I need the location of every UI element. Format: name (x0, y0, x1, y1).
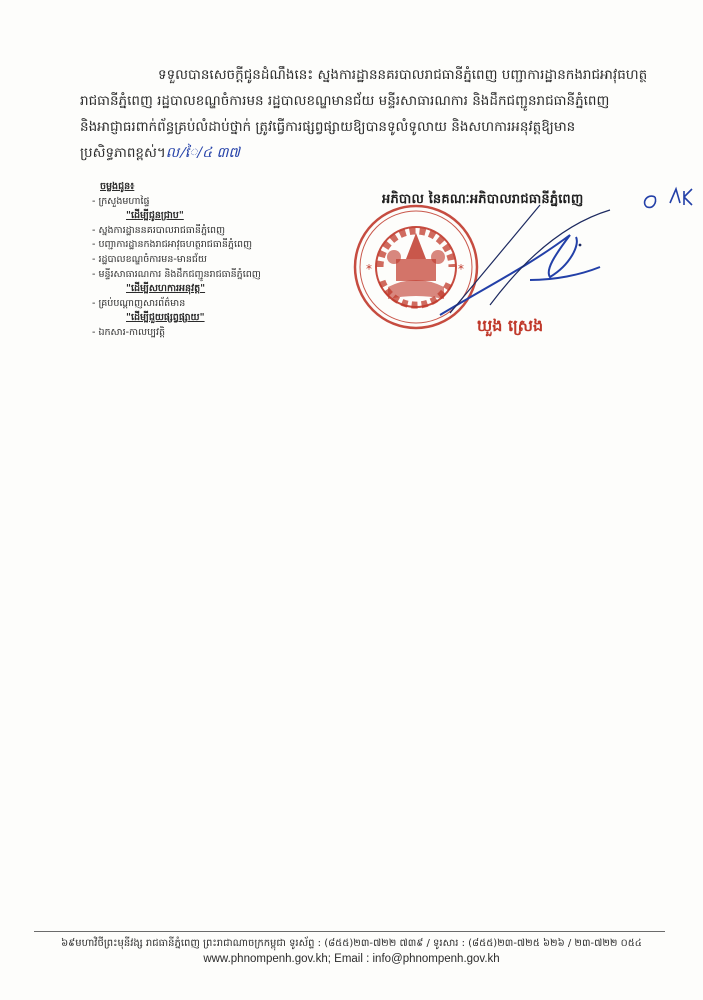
svg-text:*: * (366, 262, 372, 276)
cc-item: - គ្រប់បណ្ដាញសារព័ត៌មាន (92, 297, 332, 312)
signer-name: ឃួង ស្រេង (477, 315, 543, 339)
paragraph-line: រាជធានីភ្នំពេញ រដ្ឋបាលខណ្ឌចំការមន រដ្ឋបា… (80, 88, 670, 114)
body-paragraph: ទទួលបានសេចក្ដីជូនដំណឹងនេះ ស្នងការដ្ឋាននគ… (80, 62, 670, 166)
document-page: ទទួលបានសេចក្ដីជូនដំណឹងនេះ ស្នងការដ្ឋាននគ… (0, 0, 703, 1000)
paragraph-line-last: ប្រសិទ្ធភាពខ្ពស់។ល/ៃ/៤ ៣៧ (80, 140, 670, 166)
cc-list: ចម្លងជូន៖ - ក្រសួងមហាផ្ទៃ "ដើម្បីជូនជ្រា… (92, 180, 332, 341)
signature-block: * * អភិបាល នៃគណៈអភិបាលរាជធានីភ្នំពេញ ឃួង… (340, 185, 700, 355)
cc-item: - មន្ទីរសាធារណការ និងដឹកជញ្ជូនរាជធានីភ្ន… (92, 268, 332, 283)
paragraph-line: និងអាជ្ញាធរពាក់ព័ន្ធគ្រប់លំដាប់ថ្នាក់ ត្… (80, 114, 670, 140)
handwritten-date: ល/ៃ/៤ ៣៧ (166, 145, 240, 161)
cc-item: - រដ្ឋបាលខណ្ឌចំការមន-មានជ័យ (92, 253, 332, 268)
cc-note: "ដើម្បីជូនជ្រាប" (92, 209, 332, 224)
paragraph-text: ប្រសិទ្ធភាពខ្ពស់។ (80, 145, 166, 161)
footer-address: ៦៩មហាវិថីព្រះមុនីវង្ស រាជធានីភ្នំពេញ ព្រ… (0, 936, 703, 951)
handwritten-signature-icon (380, 185, 700, 335)
footer-divider (34, 931, 665, 932)
cc-item: - បញ្ជាការដ្ឋានកងរាជអាវុធហត្ថរាជធានីភ្នំ… (92, 238, 332, 253)
cc-item: - ក្រសួងមហាផ្ទៃ (92, 195, 332, 210)
footer-contact: www.phnompenh.gov.kh; Email : info@phnom… (0, 953, 703, 965)
paragraph-line: ទទួលបានសេចក្ដីជូនដំណឹងនេះ ស្នងការដ្ឋាននគ… (80, 62, 670, 88)
cc-item: - ឯកសារ-កាលប្បវត្តិ (92, 326, 332, 341)
cc-title: ចម្លងជូន៖ (92, 181, 134, 192)
cc-item: - ស្នងការដ្ឋាននគរបាលរាជធានីភ្នំពេញ (92, 224, 332, 239)
cc-note: "ដើម្បីសហការអនុវត្ត" (92, 282, 332, 297)
cc-note: "ដើម្បីជួយផ្សព្វផ្សាយ" (92, 311, 332, 326)
